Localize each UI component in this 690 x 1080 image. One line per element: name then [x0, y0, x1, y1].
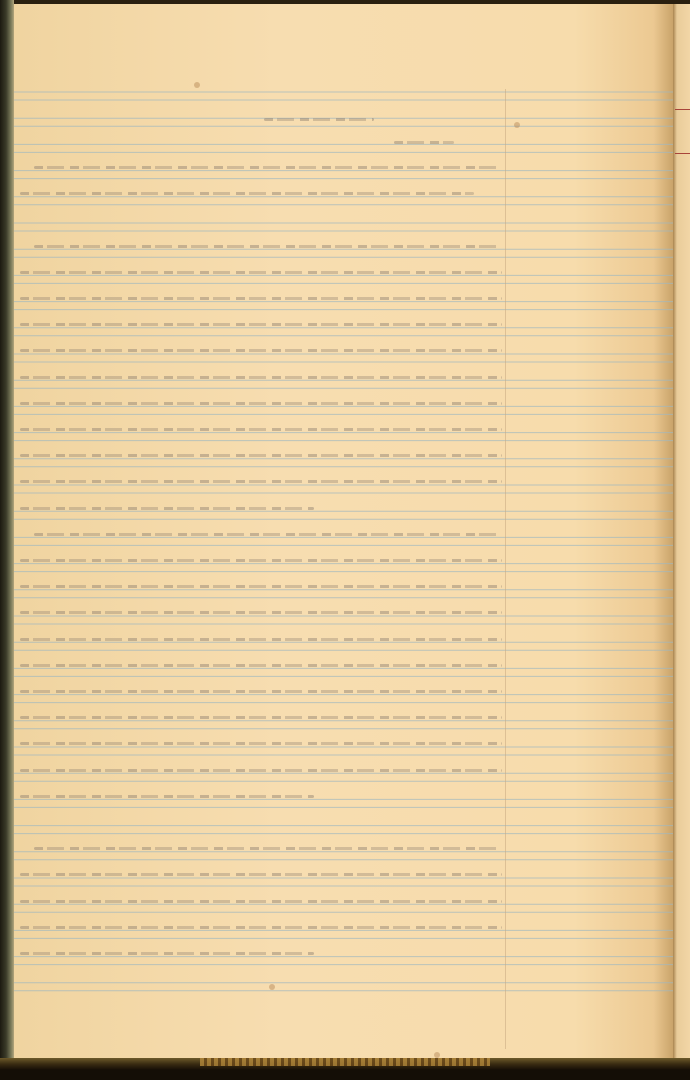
- handwritten-line: [20, 428, 502, 431]
- handwritten-line: [20, 664, 502, 667]
- paper-stain: [194, 82, 200, 88]
- handwritten-line: [20, 297, 502, 300]
- handwritten-line: [34, 847, 502, 850]
- paper-stain: [514, 122, 520, 128]
- handwritten-line: [20, 952, 314, 955]
- handwritten-line: [20, 454, 502, 457]
- handwritten-line: [20, 873, 502, 876]
- handwritten-line: [394, 141, 454, 144]
- margin-line: [505, 89, 506, 1049]
- handwritten-line: [20, 742, 502, 745]
- handwritten-line: [20, 926, 502, 929]
- next-page-edge: [673, 4, 690, 1059]
- handwritten-line: [20, 271, 502, 274]
- handwritten-line: [20, 323, 502, 326]
- binding-bottom: [0, 1058, 690, 1080]
- paper-stain: [269, 984, 275, 990]
- handwritten-line: [20, 638, 502, 641]
- handwritten-line: [34, 245, 502, 248]
- handwritten-line: [20, 507, 314, 510]
- margin-mark: [675, 109, 690, 110]
- handwritten-line: [20, 795, 314, 798]
- handwritten-line: [34, 166, 502, 169]
- handwritten-line: [20, 716, 502, 719]
- handwritten-line: [20, 900, 502, 903]
- handwritten-line: [20, 690, 502, 693]
- handwritten-line: [20, 349, 502, 352]
- notebook-page: [illegible handwritten heading]: [14, 4, 673, 1059]
- handwritten-line: [20, 559, 502, 562]
- handwritten-line: [20, 402, 502, 405]
- handwritten-line: [264, 118, 374, 121]
- handwritten-line: [20, 376, 502, 379]
- handwritten-line: [20, 585, 502, 588]
- handwritten-line: [34, 533, 502, 536]
- handwritten-line: [20, 611, 502, 614]
- book-cover-edge: [0, 0, 14, 1080]
- handwritten-line: [20, 769, 502, 772]
- handwritten-line: [20, 192, 474, 195]
- margin-mark: [675, 153, 690, 154]
- handwritten-line: [20, 480, 502, 483]
